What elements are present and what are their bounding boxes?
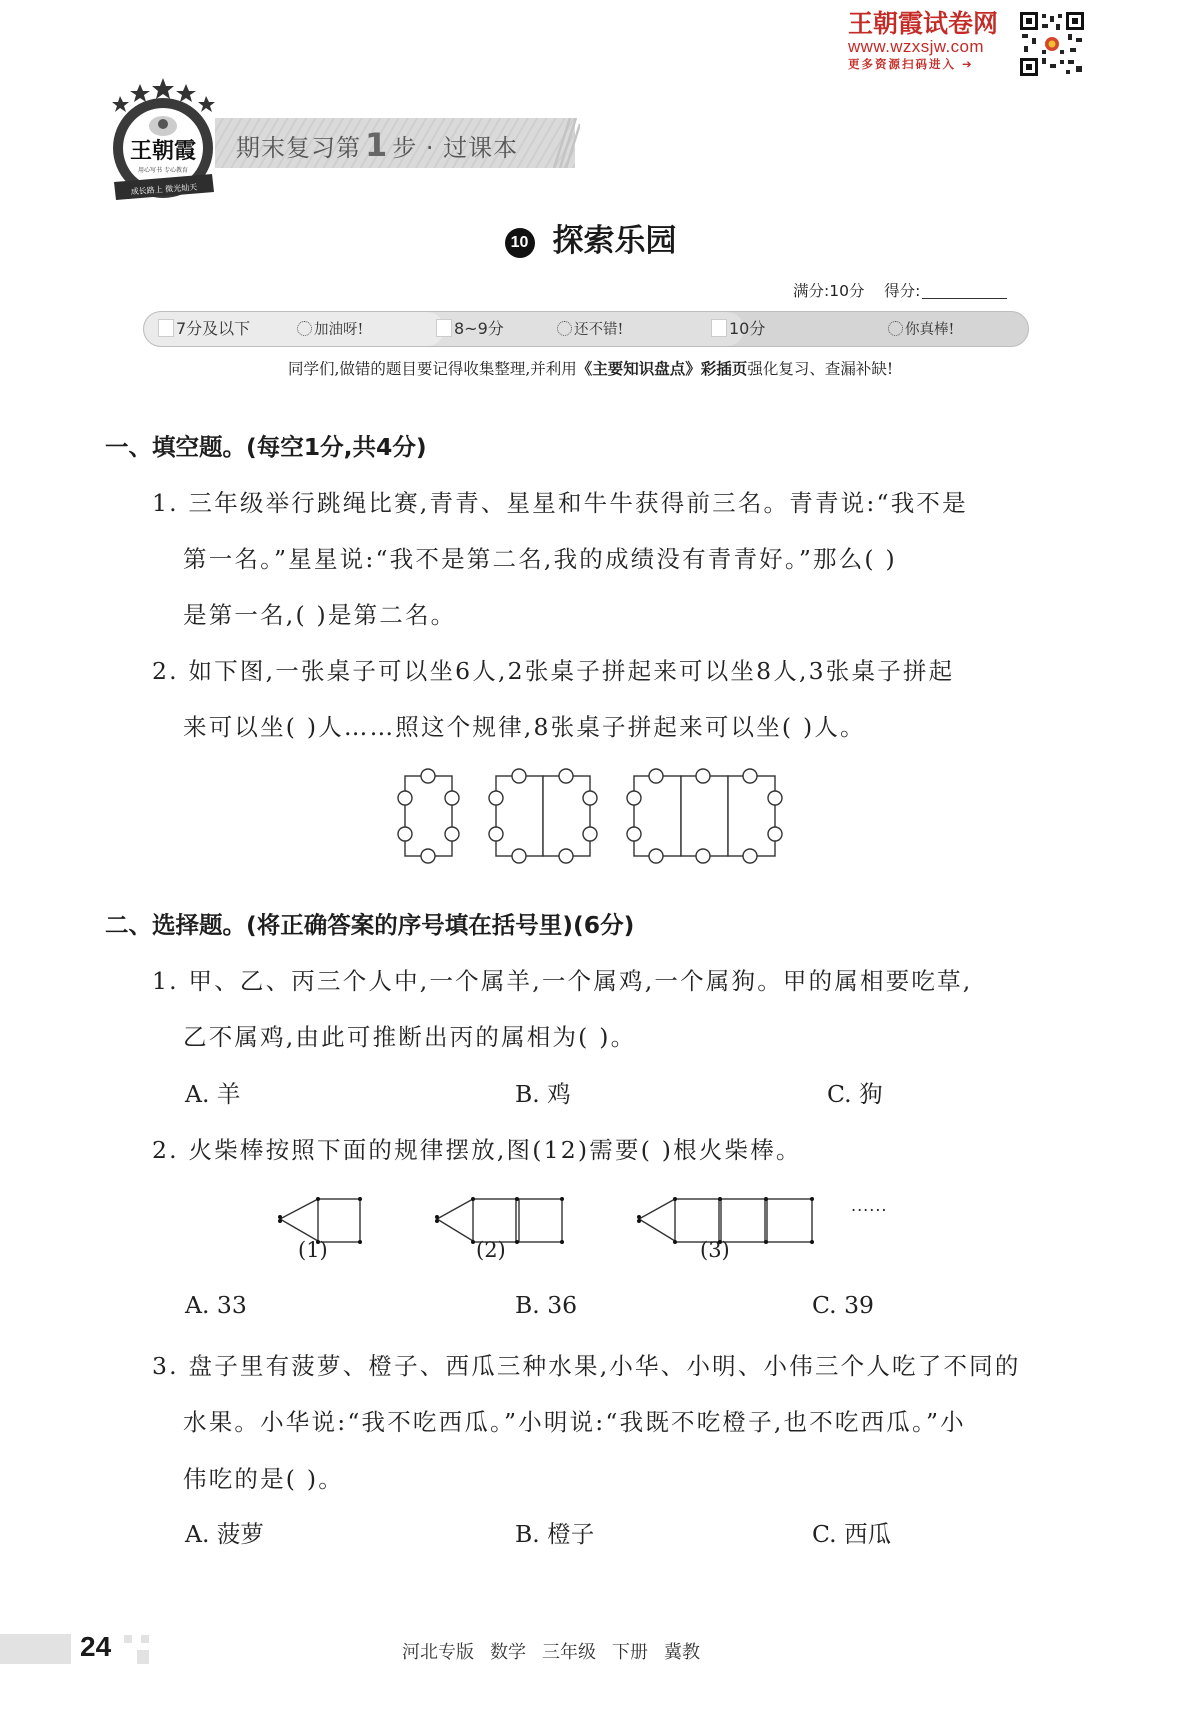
- figure-label: (2): [476, 1238, 506, 1262]
- footer-grade: 三年级: [542, 1642, 596, 1663]
- section-heading-choice: 二、选择题。(将正确答案的序号填在括号里)(6分): [105, 906, 634, 940]
- smiley-icon: [297, 321, 312, 336]
- figure-ellipsis: ......: [851, 1196, 888, 1215]
- band-prefix: 期末复习第: [236, 134, 361, 162]
- svg-text:王朝霞: 王朝霞: [130, 138, 196, 164]
- question-text: 是第一名,( )是第二名。: [183, 596, 456, 630]
- brand-logo: 王朝霞 用心写书 专心教育 成长路上 微光灿天: [108, 78, 218, 202]
- smiley-icon: [557, 321, 572, 336]
- section-heading-fill-in: 一、填空题。(每空1分,共4分): [105, 428, 427, 462]
- watermark-url[interactable]: www.wzxsjw.com: [848, 38, 1026, 56]
- watermark-more-text: 更多资源扫码进入: [848, 57, 956, 71]
- watermark: 王朝霞试卷网 www.wzxsjw.com 更多资源扫码进入 ➔: [848, 10, 1026, 72]
- figure-label: (3): [700, 1238, 730, 1262]
- option-b[interactable]: B. 鸡: [515, 1075, 571, 1109]
- question-text: 来可以坐( )人……照这个规律,8张桌子拼起来可以坐( )人。: [183, 708, 866, 742]
- footer-decor: [141, 1635, 149, 1643]
- rating-remark-1: 加油呀!: [297, 312, 363, 346]
- option-a[interactable]: A. 33: [185, 1291, 247, 1319]
- footer-bar: [0, 1634, 71, 1664]
- smiley-icon: [888, 321, 903, 336]
- option-c[interactable]: C. 狗: [827, 1075, 883, 1109]
- arrow-right-icon: ➔: [962, 57, 974, 71]
- score-line: 满分:10分 得分:: [793, 279, 1007, 301]
- checkbox[interactable]: [436, 319, 452, 337]
- svg-text:用心写书 专心教育: 用心写书 专心教育: [138, 166, 188, 174]
- question-text: 伟吃的是( )。: [183, 1460, 344, 1494]
- rating-range-label: 7分及以下: [176, 319, 250, 338]
- footer-subject: 数学: [490, 1642, 526, 1663]
- unit-number-badge: 10: [505, 228, 535, 258]
- option-a[interactable]: A. 羊: [185, 1075, 240, 1109]
- header-band-label: 期末复习第1步 · 过课本: [236, 126, 518, 164]
- rating-range-3[interactable]: 10分: [711, 312, 765, 346]
- study-note: 同学们,做错的题目要记得收集整理,并利用《主要知识盘点》彩插页强化复习、查漏补缺…: [0, 357, 1181, 379]
- footer-volume: 下册: [612, 1642, 648, 1663]
- qr-code-icon[interactable]: [1020, 12, 1084, 76]
- question-text: 水果。小华说:“我不吃西瓜。”小明说:“我既不吃橙子,也不吃西瓜。”小: [183, 1403, 966, 1437]
- question-text: 1. 三年级举行跳绳比赛,青青、星星和牛牛获得前三名。青青说:“我不是: [152, 484, 968, 518]
- checkbox[interactable]: [711, 319, 727, 337]
- rating-range-1[interactable]: 7分及以下: [158, 312, 250, 346]
- footer-decor: [137, 1650, 149, 1664]
- option-a[interactable]: A. 菠萝: [185, 1515, 264, 1549]
- full-score-label: 满分:10分: [793, 282, 864, 300]
- question-text: 1. 甲、乙、丙三个人中,一个属羊,一个属鸡,一个属狗。甲的属相要吃草,: [152, 962, 972, 996]
- rating-range-label: 10分: [729, 319, 765, 338]
- decor-slashes: [540, 118, 580, 168]
- tables-figure: [390, 765, 790, 865]
- matchstick-figure: [270, 1190, 830, 1250]
- rating-range-2[interactable]: 8~9分: [436, 312, 504, 346]
- question-text: 乙不属鸡,由此可推断出丙的属相为( )。: [183, 1018, 636, 1052]
- rating-bar: 7分及以下 加油呀! 8~9分 还不错! 10分 你真棒!: [143, 311, 1029, 347]
- rating-remark-label: 你真棒!: [905, 322, 954, 338]
- footer-edition: 河北专版: [402, 1642, 474, 1663]
- figure-label: (1): [298, 1238, 328, 1262]
- question-text: 第一名。”星星说:“我不是第二名,我的成绩没有青青好。”那么( ): [183, 540, 897, 574]
- option-b[interactable]: B. 36: [515, 1291, 577, 1319]
- option-c[interactable]: C. 西瓜: [812, 1515, 891, 1549]
- page-title: 10探索乐园: [0, 215, 1181, 260]
- note-text: 同学们,做错的题目要记得收集整理,并利用: [288, 360, 577, 378]
- note-bold-text: 《主要知识盘点》彩插页: [577, 360, 748, 378]
- question-text: 3. 盘子里有菠萝、橙子、西瓜三种水果,小华、小明、小伟三个人吃了不同的: [152, 1347, 1021, 1381]
- footer-publisher: 冀教: [664, 1642, 700, 1663]
- got-score-label: 得分:: [884, 282, 920, 300]
- question-text: 2. 如下图,一张桌子可以坐6人,2张桌子拼起来可以坐8人,3张桌子拼起: [152, 652, 954, 686]
- score-input[interactable]: [922, 282, 1007, 299]
- rating-remark-label: 加油呀!: [314, 322, 363, 338]
- rating-remark-label: 还不错!: [574, 322, 623, 338]
- footer-book-info: 河北专版数学三年级下册冀教: [402, 1638, 716, 1664]
- band-suffix: 步 · 过课本: [392, 134, 518, 162]
- question-text: 2. 火柴棒按照下面的规律摆放,图(12)需要( )根火柴棒。: [152, 1131, 802, 1165]
- footer-decor: [124, 1635, 132, 1643]
- unit-title: 探索乐园: [553, 223, 677, 259]
- checkbox[interactable]: [158, 319, 174, 337]
- watermark-more: 更多资源扫码进入 ➔: [848, 56, 1026, 72]
- page-number: 24: [80, 1631, 111, 1663]
- watermark-title: 王朝霞试卷网: [848, 10, 1026, 38]
- option-c[interactable]: C. 39: [812, 1291, 874, 1319]
- note-text: 强化复习、查漏补缺!: [747, 360, 893, 378]
- option-b[interactable]: B. 橙子: [515, 1515, 594, 1549]
- rating-remark-3: 你真棒!: [888, 312, 954, 346]
- band-step: 1: [365, 126, 388, 164]
- rating-range-label: 8~9分: [454, 319, 504, 338]
- rating-remark-2: 还不错!: [557, 312, 623, 346]
